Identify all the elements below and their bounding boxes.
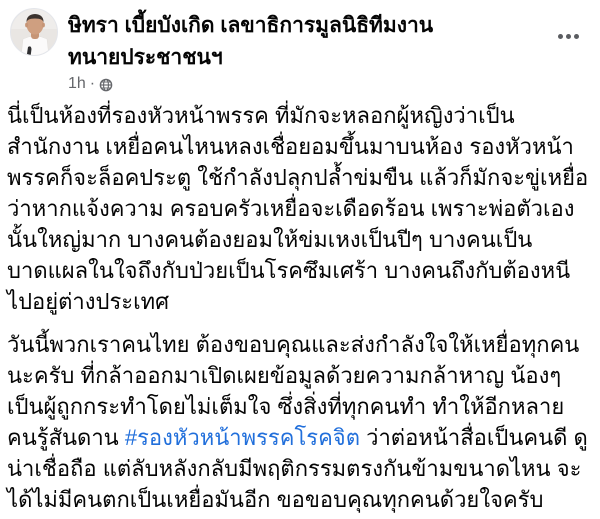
meta-separator: · <box>90 75 95 93</box>
body-line: น่าเชื่อถือ แต่ลับหลังกลับมีพฤติกรรมตรงก… <box>7 453 594 484</box>
author-name-line-2: ทนายประชาชนฯ <box>68 42 550 74</box>
ellipsis-icon <box>566 34 571 39</box>
hashtag-line-after: ว่าต่อหน้าสื่อเป็นคนดี ดู <box>360 425 588 450</box>
ellipsis-icon <box>574 34 579 39</box>
paragraph-2: วันนี้พวกเราคนไทย ต้องขอบคุณและส่งกำลังใ… <box>7 329 594 515</box>
body-line: ว่าหากแจ้งความ ครอบครัวเหยื่อจะเดือดร้อน… <box>7 193 594 224</box>
hashtag-line-before: คนรู้สันดาน <box>7 425 125 450</box>
post-meta: 1h · <box>68 75 550 93</box>
body-line: นี่เป็นห้องที่รองหัวหน้าพรรค ที่มักจะหลอ… <box>7 100 594 131</box>
body-line: นะครับ ที่กล้าออกมาเปิดเผยข้อมูลด้วยความ… <box>7 360 594 391</box>
author-name-line-1: ษิทรา เบี้ยบังเกิด เลขาธิการมูลนิธิทีมงา… <box>68 10 550 42</box>
body-line: บาดแผลในใจถึงกับป่วยเป็นโรคซึมเศร้า บางค… <box>7 255 594 286</box>
hashtag-link[interactable]: #รองหัวหน้าพรรคโรคจิต <box>125 425 360 450</box>
ellipsis-icon <box>558 34 563 39</box>
facebook-post: ษิทรา เบี้ยบังเกิด เลขาธิการมูลนิธิทีมงา… <box>0 0 600 519</box>
body-line: เป็นผู้ถูกกระทำโดยไม่เต็มใจ ซึ่งสิ่งที่ท… <box>7 391 594 422</box>
post-header-text: ษิทรา เบี้ยบังเกิด เลขาธิการมูลนิธิทีมงา… <box>68 8 550 93</box>
globe-icon <box>99 78 113 92</box>
post-body: นี่เป็นห้องที่รองหัวหน้าพรรค ที่มักจะหลอ… <box>0 96 600 515</box>
body-line: สำนักงาน เหยื่อคนไหนหลงเชื่อยอมขึ้นมาบนห… <box>7 131 594 162</box>
body-line: พรรคก็จะล็อคประตู ใช้กำลังปลุกปล้ำข่มขืน… <box>7 162 594 193</box>
timestamp[interactable]: 1h <box>68 75 86 93</box>
post-header: ษิทรา เบี้ยบังเกิด เลขาธิการมูลนิธิทีมงา… <box>0 0 600 96</box>
author-name[interactable]: ษิทรา เบี้ยบังเกิด เลขาธิการมูลนิธิทีมงา… <box>68 10 550 74</box>
profile-photo-icon <box>11 9 58 56</box>
paragraph-1: นี่เป็นห้องที่รองหัวหน้าพรรค ที่มักจะหลอ… <box>7 100 594 317</box>
body-line: นั้นใหญ่มาก บางคนต้องยอมให้ข่มเหงเป็นปีๆ… <box>7 224 594 255</box>
avatar[interactable] <box>10 8 58 56</box>
body-line: วันนี้พวกเราคนไทย ต้องขอบคุณและส่งกำลังใ… <box>7 329 594 360</box>
body-line-with-hashtag: คนรู้สันดาน #รองหัวหน้าพรรคโรคจิต ว่าต่อ… <box>7 422 594 453</box>
body-line: ไปอยู่ต่างประเทศ <box>7 286 594 317</box>
post-menu-button[interactable] <box>550 22 586 50</box>
body-line: ได้ไม่มีคนตกเป็นเหยื่อมันอีก ขอขอบคุณทุก… <box>7 484 594 515</box>
